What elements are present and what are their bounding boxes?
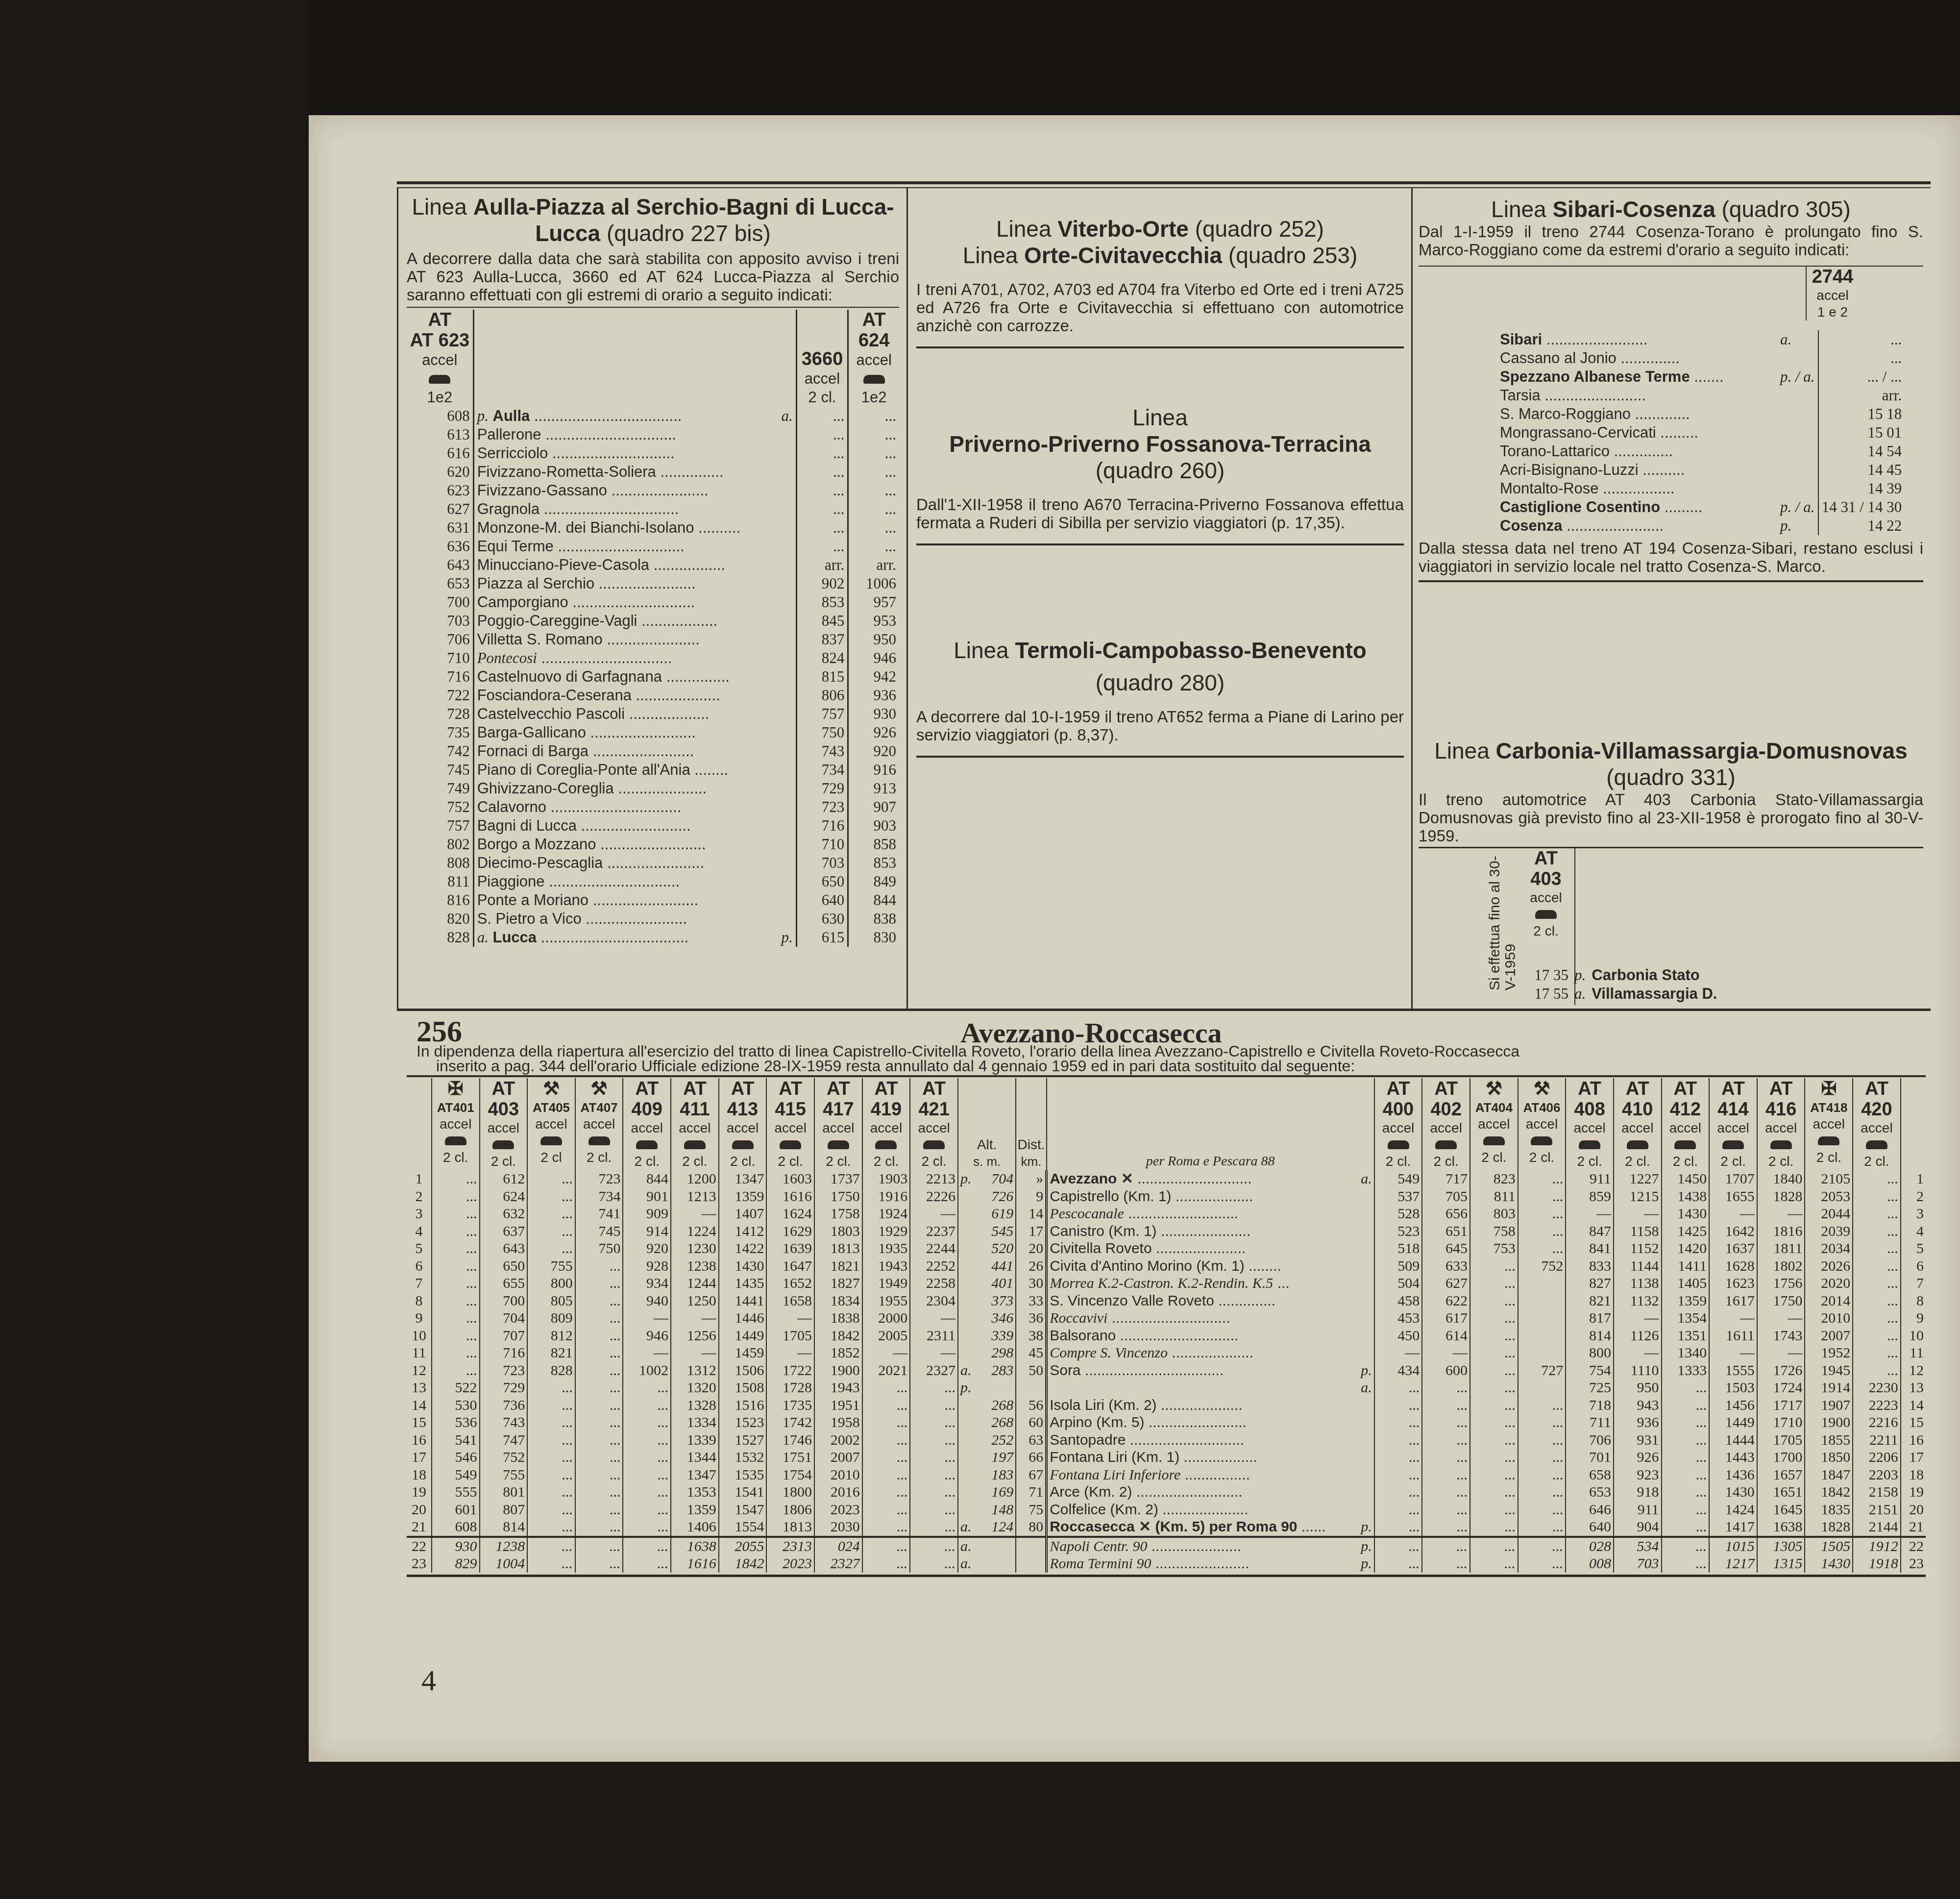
- departure-time: 1813: [814, 1240, 862, 1258]
- departure-time: 1800: [766, 1483, 814, 1501]
- divider: [916, 756, 1404, 758]
- departure-time: 1527: [719, 1431, 767, 1449]
- train-class: 2 cl.: [1524, 923, 1568, 939]
- arrival-time: 1855: [1805, 1431, 1853, 1449]
- train-class: 2 cl.: [911, 1153, 957, 1170]
- train-type: accel: [815, 1120, 861, 1136]
- table-row: Spezzano Albanese Terme .......p. / a...…: [1497, 368, 1905, 386]
- station-name: Ponte a Moriano: [477, 891, 588, 909]
- leader-dots: ..........................: [577, 817, 691, 834]
- time-at624: 907: [848, 798, 899, 816]
- linea-label: Linea: [954, 638, 1009, 663]
- time-at623: 631: [407, 518, 473, 537]
- time-at623: 811: [407, 872, 473, 891]
- table-title: Avezzano-Roccasecca: [960, 1016, 1222, 1049]
- notice-priverno-terracina: Linea Priverno-Priverno Fossanova-Terrac…: [916, 404, 1404, 545]
- arrival-time: ...: [1470, 1275, 1518, 1292]
- departure-time: 800: [527, 1275, 575, 1292]
- arrival-time: 1503: [1709, 1379, 1757, 1397]
- arrival-time: 711: [1566, 1414, 1614, 1431]
- departure-time: 1547: [719, 1501, 767, 1519]
- station-name: Equi Terme: [477, 538, 554, 555]
- time-at623: 728: [407, 705, 473, 723]
- table-row: 21608814.........1406155418132030......a…: [407, 1518, 1926, 1537]
- arrival-time: ...: [1518, 1205, 1566, 1223]
- arrival-time: ...: [1374, 1501, 1422, 1519]
- arrival-time: ...: [1470, 1379, 1518, 1397]
- table-row: 643 Minucciano-Pieve-Casola ............…: [407, 556, 899, 574]
- train-header: ⚒AT406accel2 cl.: [1518, 1078, 1566, 1170]
- station-name: Arpino (Km. 5): [1050, 1414, 1144, 1430]
- station-cell: Minucciano-Pieve-Casola ................…: [473, 556, 796, 574]
- arrival-time: ...: [1470, 1501, 1518, 1519]
- dir-mark: [1777, 423, 1818, 442]
- arrival-time: 754: [1566, 1362, 1614, 1380]
- time-3660: 710: [796, 835, 848, 854]
- departure-time: 637: [480, 1223, 528, 1240]
- leader-dots: ........................: [1145, 1414, 1247, 1430]
- time-at624: ...: [848, 425, 899, 444]
- row-index: 6: [1901, 1258, 1926, 1275]
- arrival-time: 1315: [1757, 1555, 1805, 1573]
- departure-time: 1256: [671, 1327, 719, 1345]
- departure-time: ...: [575, 1292, 623, 1310]
- altitude-cell: p.: [958, 1379, 1016, 1397]
- departure-time: 1735: [766, 1397, 814, 1414]
- time-at623: 703: [407, 612, 473, 630]
- time-2744: 14 54: [1818, 442, 1905, 461]
- arrival-time: ...: [1470, 1518, 1518, 1537]
- arrival-time: 1705: [1757, 1431, 1805, 1449]
- altitude: 619: [991, 1206, 1013, 1222]
- arrival-time: ...: [1662, 1483, 1710, 1501]
- arrival-time: 1227: [1614, 1170, 1662, 1188]
- leader-dots: ........................: [582, 910, 687, 927]
- departure-time: ...: [862, 1518, 910, 1537]
- leader-dots: .......: [1690, 368, 1724, 385]
- altitude: 252: [991, 1432, 1013, 1448]
- time-at624: 950: [848, 630, 899, 649]
- leader-dots: ..................................: [1081, 1362, 1224, 1379]
- distance-km: 56: [1016, 1397, 1046, 1414]
- altitude-cell: 252: [958, 1431, 1016, 1449]
- departure-time: 1213: [671, 1188, 719, 1206]
- distance-km: 67: [1016, 1466, 1046, 1484]
- line-title: Termoli-Campobasso-Benevento: [1015, 638, 1366, 663]
- arrival-time: ...: [1518, 1483, 1566, 1501]
- railcar-icon: [828, 1140, 849, 1149]
- arrival-time: 814: [1566, 1327, 1614, 1345]
- table-row: 17546752.........1344153217512007......1…: [407, 1449, 1926, 1466]
- divider: [1419, 266, 1923, 267]
- time-3660: ...: [796, 407, 848, 425]
- departure-time: 1406: [671, 1518, 719, 1537]
- arrival-time: ...: [1470, 1414, 1518, 1431]
- station-name: Poggio-Careggine-Vagli: [477, 612, 637, 629]
- train-type: accel: [481, 1120, 527, 1136]
- row-index: 2: [1901, 1188, 1926, 1206]
- arrival-time: 817: [1566, 1309, 1614, 1327]
- railcar-icon: [1535, 910, 1557, 919]
- station-name: Napoli Centr. 90: [1050, 1538, 1147, 1554]
- train-type: accel: [528, 1116, 574, 1133]
- distance-km: [1016, 1537, 1046, 1555]
- divider: [916, 543, 1404, 545]
- station-cell: Spezzano Albanese Terme .......: [1497, 368, 1777, 386]
- altitude: 298: [991, 1345, 1013, 1361]
- row-index: 11: [407, 1344, 432, 1362]
- station-name: Arce (Km. 2): [1050, 1484, 1132, 1500]
- departure-time: 829: [432, 1555, 480, 1573]
- table-row: 631 Monzone-M. dei Bianchi-Isolano .....…: [407, 518, 899, 537]
- arrival-time: 1340: [1662, 1344, 1710, 1362]
- altitude: 197: [991, 1449, 1013, 1465]
- row-index: 2: [407, 1188, 432, 1206]
- arrival-time: 627: [1422, 1275, 1470, 1292]
- station-cell: Castelvecchio Pascoli ..................…: [473, 705, 796, 723]
- arrival-time: 1132: [1614, 1292, 1662, 1310]
- station-cell: Gragnola ...............................…: [473, 500, 796, 518]
- train-type: accel: [672, 1120, 718, 1136]
- departure-time: ...: [575, 1275, 623, 1292]
- table-row: 17 35p.Carbonia Stato: [1521, 966, 1720, 985]
- table-row: 15536743.........1334152317421958......2…: [407, 1414, 1926, 1431]
- quadro-label: (quadro 252): [1195, 216, 1324, 242]
- time-at623: 816: [407, 891, 473, 910]
- train-prefix: AT: [1524, 848, 1568, 869]
- time-at623: 802: [407, 835, 473, 854]
- time-2744: 15 18: [1818, 405, 1905, 423]
- train-class: 2 cl.: [1854, 1153, 1900, 1170]
- departure-time: ...: [623, 1537, 671, 1555]
- table-row: 4...637...745914122414121629180319292237…: [407, 1223, 1926, 1240]
- table-row: 613 Pallerone ..........................…: [407, 425, 899, 444]
- railcar-icon: [1866, 1140, 1887, 1149]
- train-prefix: ⚒: [1471, 1079, 1517, 1099]
- train-type: accel: [1663, 1120, 1709, 1136]
- row-index: 12: [407, 1362, 432, 1380]
- time-3660: 757: [796, 705, 848, 723]
- arrival-time: ...: [1470, 1258, 1518, 1275]
- arrival-time: 1828: [1757, 1188, 1805, 1206]
- railcar-icon: [588, 1136, 610, 1145]
- departure-time: ...: [432, 1223, 480, 1240]
- station-name: Roma Termini 90: [1050, 1555, 1151, 1572]
- departure-time: 1359: [719, 1188, 767, 1206]
- leader-dots: ..............................: [554, 538, 685, 555]
- railcar-icon: [1531, 1136, 1552, 1145]
- train-id: AT 623: [410, 330, 470, 351]
- arrival-time: 1642: [1709, 1223, 1757, 1240]
- departure-time: —: [910, 1344, 958, 1362]
- departure-time: 1746: [766, 1431, 814, 1449]
- railcar-icon: [540, 1136, 562, 1145]
- via-note: per Roma e Pescara 88: [1146, 1154, 1275, 1169]
- departure-time: 729: [480, 1379, 528, 1397]
- arrival-time: 803: [1470, 1205, 1518, 1223]
- arrival-time: 450: [1374, 1327, 1422, 1345]
- arrival-time: ...: [1374, 1555, 1422, 1573]
- departure-time: —: [671, 1344, 719, 1362]
- departure-time: ...: [527, 1555, 575, 1573]
- arrival-time: ...: [1662, 1518, 1710, 1537]
- table-row: 735 Barga-Gallicano ....................…: [407, 723, 899, 742]
- arrival-time: 705: [1422, 1188, 1470, 1206]
- departure-time: —: [623, 1309, 671, 1327]
- arrival-time: ...: [1374, 1379, 1422, 1397]
- station-cell: Equi Terme .............................…: [473, 537, 796, 556]
- departure-time: 1806: [766, 1501, 814, 1519]
- departure-time: 1658: [766, 1292, 814, 1310]
- train-type: accel: [852, 351, 896, 370]
- row-index: 9: [1901, 1309, 1926, 1327]
- leader-dots: .........: [1660, 498, 1702, 516]
- table-row: 623 Fivizzano-Gassano ..................…: [407, 481, 899, 500]
- line-title: Carbonia-Villamassargia-Domusnovas: [1496, 738, 1908, 764]
- time-2744: 14 45: [1818, 461, 1905, 479]
- departure-time: 805: [527, 1292, 575, 1310]
- leader-dots: ....................: [632, 687, 720, 704]
- arrival-time: —: [1709, 1344, 1757, 1362]
- departure-time: 704: [480, 1309, 528, 1327]
- time-at623: 700: [407, 593, 473, 612]
- table-row: 742 Fornaci di Barga ...................…: [407, 742, 899, 761]
- arrival-time: 827: [1566, 1275, 1614, 1292]
- dir-mark: [1777, 405, 1818, 423]
- train-class: 2 cl.: [1375, 1153, 1421, 1170]
- arrival-time: ...: [1422, 1537, 1470, 1555]
- station-cell: Torano-Lattarico ..............: [1497, 442, 1777, 461]
- notice-text: Il treno automotrice AT 403 Carbonia Sta…: [1419, 790, 1923, 845]
- quadro-label: (quadro 253): [1228, 243, 1357, 268]
- departure-time: 2002: [814, 1431, 862, 1449]
- departure-time: 650: [480, 1258, 528, 1275]
- departure-time: ...: [527, 1431, 575, 1449]
- time-at623: 710: [407, 649, 473, 667]
- table-row: 627 Gragnola ...........................…: [407, 500, 899, 518]
- table-row: 229301238.........163820552313024......a…: [407, 1537, 1926, 1555]
- train-id: AT406: [1519, 1099, 1565, 1116]
- time-at623: 735: [407, 723, 473, 742]
- train-header: AT400accel2 cl.: [1374, 1078, 1422, 1170]
- arrival-time: 1405: [1662, 1275, 1710, 1292]
- station-cell: p. Aulla ...............................…: [473, 407, 796, 425]
- arrival-time: 1840: [1757, 1170, 1805, 1188]
- arrival-time: 1700: [1757, 1449, 1805, 1466]
- arrival-time: ...: [1662, 1537, 1710, 1555]
- train-header: AT417accel2 cl.: [814, 1078, 862, 1170]
- avezzano-roccasecca-timetable: ✠AT401accel2 cl.AT403accel2 cl.⚒AT405acc…: [407, 1078, 1926, 1573]
- leader-dots: ...: [1273, 1275, 1289, 1291]
- train-type: accel: [624, 1120, 670, 1136]
- departure-time: 1541: [719, 1483, 767, 1501]
- distance-km: 17: [1016, 1223, 1046, 1240]
- notice-text: A decorrere dalla data che sarà stabilit…: [407, 249, 899, 304]
- table-row: 6...650755...928123814301647182119432252…: [407, 1258, 1926, 1275]
- departure-time: 934: [623, 1275, 671, 1292]
- train-prefix: AT: [624, 1079, 670, 1099]
- altitude-cell: 346: [958, 1309, 1016, 1327]
- train-prefix: AT: [1375, 1079, 1421, 1099]
- row-index: 16: [1901, 1431, 1926, 1449]
- train-prefix: AT: [815, 1079, 861, 1099]
- railcar-icon: [684, 1140, 706, 1149]
- dir-mark: a.: [1777, 330, 1818, 349]
- arrival-time: ...: [1422, 1501, 1470, 1519]
- arrival-time: 1305: [1757, 1537, 1805, 1555]
- arrival-time: 2151: [1853, 1501, 1901, 1519]
- altitude: 373: [991, 1293, 1013, 1309]
- train-id: 408: [1567, 1099, 1613, 1120]
- arrival-time: —: [1709, 1309, 1757, 1327]
- station-name: Sibari: [1500, 331, 1542, 348]
- station-name: Compre S. Vincenzo: [1050, 1345, 1168, 1361]
- railcar-icon: [1483, 1136, 1505, 1145]
- station-cell: Roccasecca ✕ (Km. 5) per Roma 90 ......p…: [1047, 1518, 1374, 1537]
- arrival-time: ...: [1470, 1344, 1518, 1362]
- time-at624: 936: [848, 686, 899, 705]
- station-name: Civitella Roveto: [1050, 1240, 1151, 1257]
- leader-dots: ........................: [588, 742, 694, 760]
- table-row: Mongrassano-Cervicati .........15 01: [1497, 423, 1905, 442]
- train-header-at623: ATAT 623 accel 1e2: [407, 310, 473, 407]
- distance-km: 30: [1016, 1275, 1046, 1292]
- time-at623: 757: [407, 816, 473, 835]
- dir-mark: [1777, 442, 1818, 461]
- arrival-time: ...: [1374, 1431, 1422, 1449]
- station-name: Castelnuovo di Garfagnana: [477, 668, 662, 685]
- arrival-time: 2026: [1805, 1258, 1853, 1275]
- station-name: Carbonia Stato: [1589, 966, 1720, 985]
- quadro-label: (quadro 260): [916, 457, 1404, 484]
- arrival-time: —: [1614, 1309, 1662, 1327]
- dir-mark: p.: [477, 407, 489, 424]
- distance-km: 50: [1016, 1362, 1046, 1380]
- departure-time: ...: [623, 1414, 671, 1431]
- dir-mark: p. / a.: [1777, 368, 1818, 386]
- departure-time: 1532: [719, 1449, 767, 1466]
- table-row: 7...655800...934124414351652182719492258…: [407, 1275, 1926, 1292]
- notice-aulla-lucca: Linea Aulla-Piazza al Serchio-Bagni di L…: [407, 194, 899, 947]
- arrival-time: 1126: [1614, 1327, 1662, 1345]
- notice-text: Dal 1-I-1959 il treno 2744 Cosenza-Toran…: [1419, 222, 1923, 259]
- departure-time: ...: [575, 1449, 623, 1466]
- time-3660: 902: [796, 574, 848, 593]
- departure-time: ...: [623, 1466, 671, 1484]
- distance-km: 60: [1016, 1414, 1046, 1431]
- station-cell: Bagni di Lucca .........................…: [473, 816, 796, 835]
- arrival-time: 800: [1566, 1344, 1614, 1362]
- time-3660: 824: [796, 649, 848, 667]
- arrival-time: 1444: [1709, 1431, 1757, 1449]
- row-index: 14: [407, 1397, 432, 1414]
- railcar-icon: [875, 1140, 897, 1149]
- train-class: 2 cl.: [1806, 1149, 1852, 1166]
- train-prefix: AT: [1663, 1079, 1709, 1099]
- train-id: 415: [767, 1099, 813, 1120]
- arrival-time: ...: [1518, 1170, 1566, 1188]
- arrival-time: 534: [1614, 1537, 1662, 1555]
- arrival-time: 656: [1422, 1205, 1470, 1223]
- departure-time: ...: [910, 1431, 958, 1449]
- station-cell: Borgo a Mozzano ........................…: [473, 835, 796, 854]
- col-divider-1: [906, 188, 908, 1009]
- time-at623: 828: [407, 928, 473, 947]
- leader-dots: ...................................: [530, 407, 682, 424]
- railcar-icon: [1388, 1140, 1409, 1149]
- arrival-time: 1628: [1709, 1258, 1757, 1275]
- departure-time: 755: [527, 1258, 575, 1275]
- departure-time: 1353: [671, 1483, 719, 1501]
- departure-time: 1842: [719, 1555, 767, 1573]
- arrival-time: 811: [1470, 1188, 1518, 1206]
- station-name: Acri-Bisignano-Luzzi: [1500, 461, 1639, 478]
- station-name: Balsorano: [1050, 1328, 1116, 1344]
- station-name: Castiglione Cosentino: [1500, 498, 1660, 516]
- station-cell: Pontecosi ..............................…: [473, 649, 796, 667]
- arrival-time: —: [1709, 1205, 1757, 1223]
- arrival-time: 2158: [1853, 1483, 1901, 1501]
- train-class: 1 e 2: [1811, 304, 1855, 321]
- arrival-time: 1430: [1709, 1483, 1757, 1501]
- train-id: 402: [1423, 1099, 1469, 1120]
- arrival-time: 926: [1614, 1449, 1662, 1466]
- row-index: 15: [407, 1414, 432, 1431]
- departure-time: 1929: [862, 1223, 910, 1240]
- railcar-icon: [1818, 1136, 1839, 1145]
- departure-time: ...: [432, 1327, 480, 1345]
- time-at624: 913: [848, 779, 899, 798]
- leader-dots: ......: [1298, 1519, 1326, 1535]
- departure-time: ...: [527, 1449, 575, 1466]
- arrival-time: 904: [1614, 1518, 1662, 1537]
- departure-time: 2010: [814, 1466, 862, 1484]
- leader-dots: ......................: [1157, 1223, 1251, 1239]
- distance-km: 75: [1016, 1501, 1046, 1519]
- departure-time: ...: [575, 1518, 623, 1537]
- time-at624: 957: [848, 593, 899, 612]
- arrival-time: ...: [1374, 1518, 1422, 1537]
- table-row: 802 Borgo a Mozzano ....................…: [407, 835, 899, 854]
- departure-time: 946: [623, 1327, 671, 1345]
- station-cell: Isola Liri (Km. 2) ....................: [1047, 1397, 1374, 1414]
- train-type: accel: [1375, 1120, 1421, 1136]
- station-name: Piazza al Serchio: [477, 575, 595, 592]
- distance-km: 9: [1016, 1188, 1046, 1206]
- train-id: AT407: [576, 1099, 622, 1116]
- arrival-time: —: [1374, 1344, 1422, 1362]
- quadro-label: (quadro 280): [916, 669, 1404, 696]
- time-at623: 716: [407, 667, 473, 686]
- arrival-time: ...: [1518, 1501, 1566, 1519]
- time-2744: arr.: [1818, 386, 1905, 405]
- arrival-time: 1850: [1805, 1449, 1853, 1466]
- train-prefix: AT: [720, 1079, 766, 1099]
- departure-time: 812: [527, 1327, 575, 1345]
- leader-dots: ......................: [603, 631, 700, 648]
- departure-time: ...: [623, 1379, 671, 1397]
- arrival-time: ...: [1518, 1223, 1566, 1240]
- station-cell: Fontana Liri (Km. 1) ..................: [1047, 1449, 1374, 1466]
- train-class: 2 cl.: [433, 1149, 479, 1166]
- departure-time: —: [862, 1344, 910, 1362]
- departure-time: 612: [480, 1170, 528, 1188]
- arrival-time: ...: [1853, 1309, 1901, 1327]
- arrival-time: 833: [1566, 1258, 1614, 1275]
- time-3660: 729: [796, 779, 848, 798]
- divider: [407, 1075, 1926, 1077]
- station-name: Roccasecca ✕ (Km. 5) per Roma 90: [1050, 1519, 1297, 1535]
